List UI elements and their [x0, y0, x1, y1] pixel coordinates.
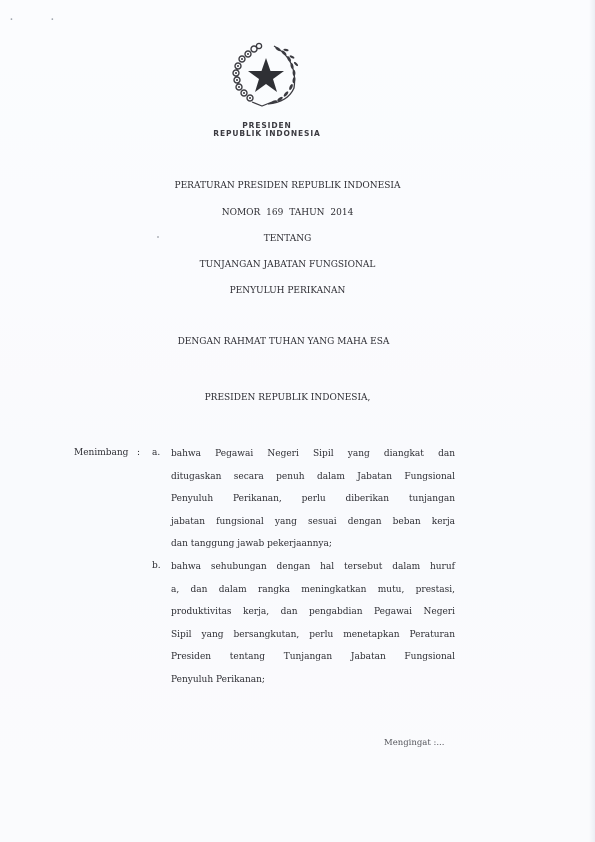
item-letter-a: a. — [152, 448, 160, 458]
paragraph-line: ditugaskan secara penuh dalam Jabatan Fu… — [171, 466, 455, 489]
paragraph-line: Penyuluh Perikanan, perlu diberikan tunj… — [171, 488, 455, 511]
regulation-title: PERATURAN PRESIDEN REPUBLIK INDONESIA — [20, 180, 555, 192]
considering-item-b: bahwa sehubungan dengan hal tersebut dal… — [171, 556, 455, 692]
regulation-number: NOMOR 169 TAHUN 2014 — [20, 207, 555, 219]
regulation-subject-line1: TUNJANGAN JABATAN FUNGSIONAL — [20, 259, 555, 271]
paragraph-line: produktivitas kerja, dan pengabdian Pega… — [171, 601, 455, 624]
paragraph-line: Sipil yang bersangkutan, perlu menetapka… — [171, 624, 455, 647]
presidential-seal-icon — [228, 40, 304, 112]
regulation-subject-line2: PENYULUH PERIKANAN — [20, 285, 555, 297]
document-page: ∙ ∙ — [0, 0, 595, 842]
paragraph-line: dan tanggung jawab pekerjaannya; — [171, 533, 455, 556]
paragraph-line: bahwa Pegawai Negeri Sipil yang diangkat… — [171, 443, 455, 466]
paragraph-line: a, dan dalam rangka meningkatkan mutu, p… — [171, 579, 455, 602]
letterhead-line2: REPUBLIK INDONESIA — [2, 129, 532, 139]
paragraph-line: Penyuluh Perikanan; — [171, 669, 455, 692]
page-continuation: Mengingat :... — [384, 738, 444, 748]
considering-item-a: bahwa Pegawai Negeri Sipil yang diangkat… — [171, 443, 455, 556]
regulation-about: TENTANG — [20, 233, 555, 245]
considering-colon: : — [137, 448, 140, 458]
paragraph-line: bahwa sehubungan dengan hal tersebut dal… — [171, 556, 455, 579]
item-letter-b: b. — [152, 561, 161, 571]
scan-artifact: ∙ ∙ — [10, 16, 72, 23]
invocation: DENGAN RAHMAT TUHAN YANG MAHA ESA — [16, 336, 551, 348]
paragraph-line: Presiden tentang Tunjangan Jabatan Fungs… — [171, 646, 455, 669]
paragraph-line: jabatan fungsional yang sesuai dengan be… — [171, 511, 455, 534]
issuer: PRESIDEN REPUBLIK INDONESIA, — [20, 392, 555, 404]
considering-label: Menimbang — [74, 448, 128, 458]
page-edge-shadow — [589, 0, 595, 842]
